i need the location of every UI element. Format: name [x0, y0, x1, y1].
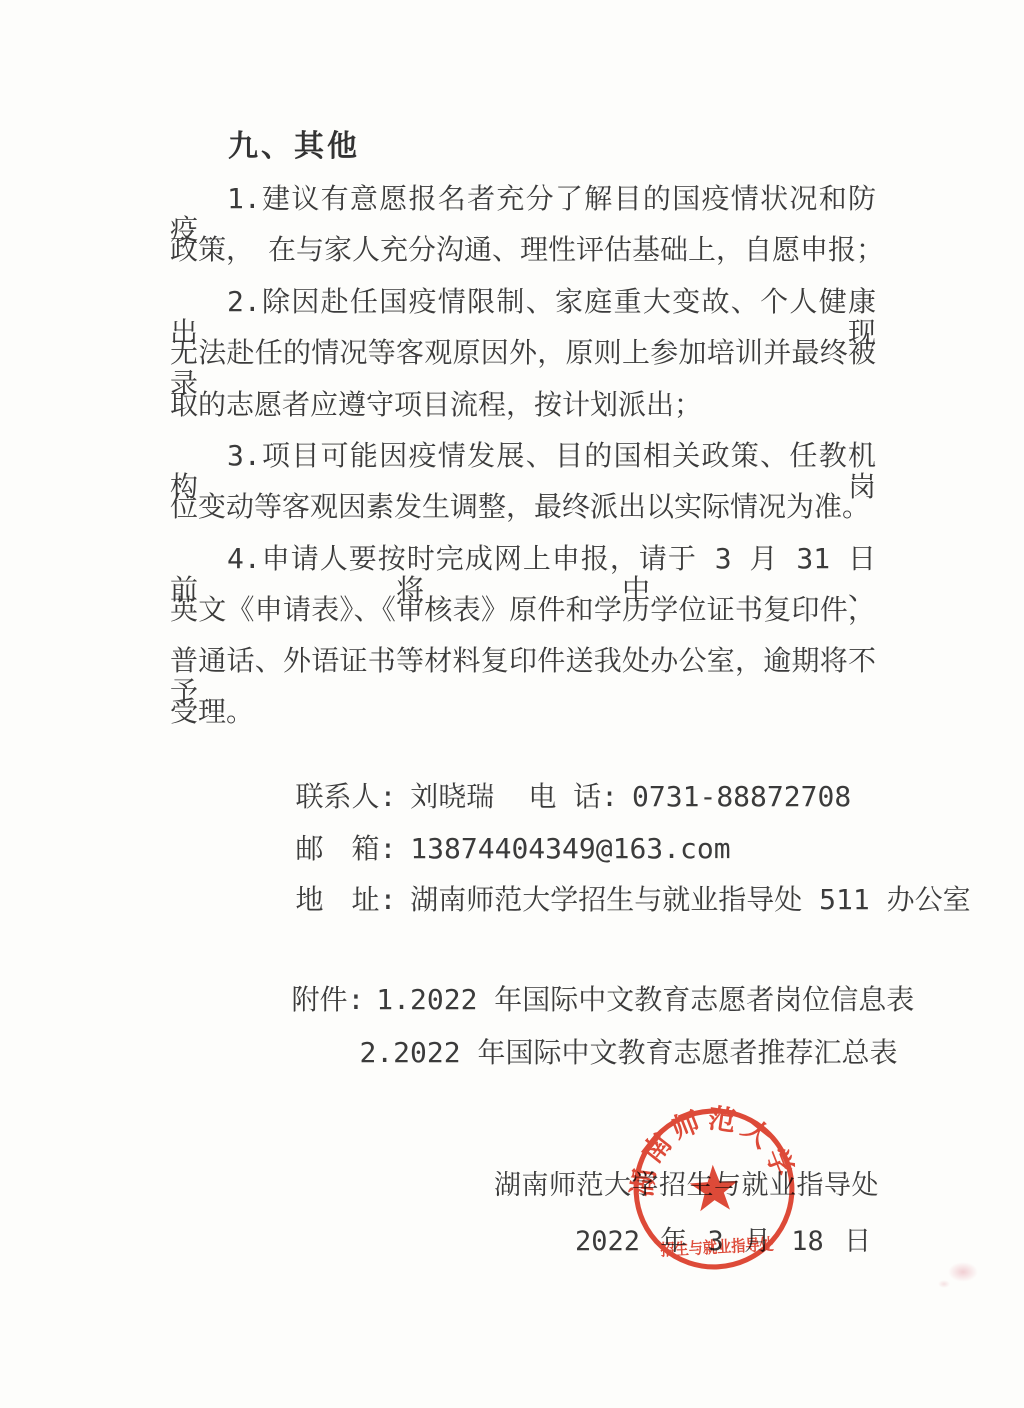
paragraph-line: 取的志愿者应遵守项目流程，按计划派出； [170, 389, 876, 420]
contact-address-label: 地 址: [295, 883, 396, 916]
ink-smudge [948, 1262, 978, 1282]
contact-address-value: 湖南师范大学招生与就业指导处 511 办公室 [410, 883, 970, 916]
official-seal: 湖南师范大学 招生与就业指导处 [624, 1099, 805, 1280]
section-heading: 九、其他 [228, 121, 360, 165]
paragraph-line: 位变动等客观因素发生调整，最终派出以实际情况为准。 [170, 491, 876, 522]
paragraph-line: 英文《申请表》、《审核表》原件和学历学位证书复印件， [170, 594, 876, 625]
attachment-line-2: 2.2022 年国际中文教育志愿者推荐汇总表 [292, 1006, 897, 1099]
paragraph-line: 政策， 在与家人充分沟通、理性评估基础上，自愿申报； [170, 234, 876, 265]
star-icon [689, 1163, 739, 1211]
ink-smudge [938, 1280, 950, 1288]
paragraph-line: 受理。 [170, 696, 876, 727]
attachment-item-2: 2.2022 年国际中文教育志愿者推荐汇总表 [359, 1036, 897, 1069]
contact-address-line: 地 址:湖南师范大学招生与就业指导处 511 办公室 [228, 853, 971, 946]
document-page: 九、其他 1.建议有意愿报名者充分了解目的国疫情状况和防疫 政策， 在与家人充分… [0, 0, 1024, 1408]
